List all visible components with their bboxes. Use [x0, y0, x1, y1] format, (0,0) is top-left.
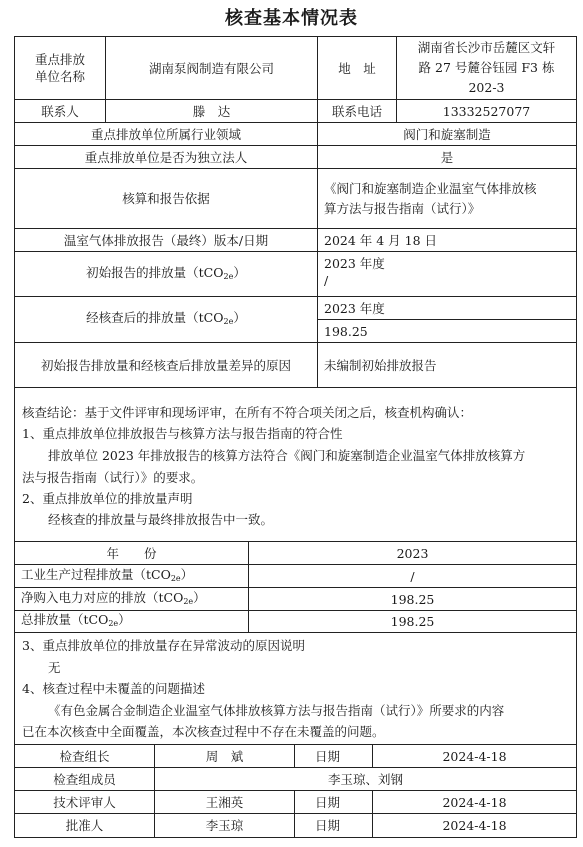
difference-reason-value: 未编制初始排放报告: [318, 343, 576, 387]
industry-label: 重点排放单位所属行业领域: [15, 123, 317, 145]
legal-entity-label: 重点排放单位是否为独立法人: [15, 146, 317, 168]
approver-date: 2024-4-18: [373, 814, 576, 837]
approver-label: 批准人: [15, 814, 154, 837]
industrial-process-emission-label: 工业生产过程排放量（tCO2e）: [15, 565, 248, 587]
emissions-year-value: 2023: [249, 542, 576, 564]
team-leader-date-label: 日期: [295, 745, 372, 767]
verified-emission-label: 经核查后的排放量（tCO2e）: [15, 297, 317, 342]
team-leader-name: 周 斌: [155, 745, 294, 767]
notes-item4-title: 4、核查过程中未覆盖的问题描述: [22, 679, 205, 698]
team-members-names: 李玉琼、刘钢: [155, 768, 576, 790]
total-emission-value: 198.25: [249, 611, 576, 632]
approver-name: 李玉琼: [155, 814, 294, 837]
emissions-year-label: 年 份: [15, 542, 248, 564]
notes-item3-title: 3、重点排放单位的排放量存在异常波动的原因说明: [22, 636, 305, 655]
conclusion-item2-body: 经核查的排放量与最终排放报告中一致。: [48, 510, 273, 529]
industry-value: 阀门和旋塞制造: [318, 123, 576, 145]
initial-emission-value: 2023 年度 /: [318, 252, 576, 296]
report-version-value: 2024 年 4 月 18 日: [318, 229, 576, 251]
address-value: 湖南省长沙市岳麓区文轩 路 27 号麓谷钰园 F3 栋 202-3: [397, 37, 576, 99]
technical-reviewer-date-label: 日期: [295, 791, 372, 813]
report-version-label: 温室气体排放报告（最终）版本/日期: [15, 229, 317, 251]
team-leader-label: 检查组长: [15, 745, 154, 767]
phone-value: 13332527077: [397, 100, 576, 122]
contact-label: 联系人: [15, 100, 105, 122]
total-emission-label: 总排放量（tCO2e）: [15, 611, 248, 632]
notes-item4-body-cont: 已在本次核查中全面覆盖，本次核查过程中不存在未覆盖的问题。: [22, 722, 385, 741]
team-leader-date: 2024-4-18: [373, 745, 576, 767]
unit-name-value: 湖南泵阀制造有限公司: [106, 37, 317, 99]
technical-reviewer-date: 2024-4-18: [373, 791, 576, 813]
conclusion-item2-title: 2、重点排放单位的排放量声明: [22, 489, 192, 508]
conclusion-intro: 核查结论：基于文件评审和现场评审，在所有不符合项关闭之后，核查机构确认：: [22, 403, 472, 422]
address-label: 地 址: [318, 37, 396, 99]
verified-emission-year: 2023 年度: [318, 297, 576, 319]
contact-value: 滕 达: [106, 100, 317, 122]
basis-label: 核算和报告依据: [15, 169, 317, 228]
approver-date-label: 日期: [295, 814, 372, 837]
notes-item3-body: 无: [48, 658, 61, 677]
notes-item4-body: 《有色金属合金制造企业温室气体排放核算方法与报告指南（试行）》所要求的内容: [48, 701, 504, 720]
electricity-emission-value: 198.25: [249, 588, 576, 610]
unit-name-label: 重点排放 单位名称: [15, 37, 105, 99]
technical-reviewer-name: 王湘英: [155, 791, 294, 813]
initial-emission-label: 初始报告的排放量（tCO2e）: [15, 252, 317, 296]
electricity-emission-label: 净购入电力对应的排放（tCO2e）: [15, 588, 248, 610]
conclusion-item1-body-cont: 法与报告指南（试行）》的要求。: [22, 468, 203, 487]
conclusion-item1-body: 排放单位 2023 年排放报告的核算方法符合《阀门和旋塞制造企业温室气体排放核算…: [48, 446, 525, 465]
conclusion-item1-title: 1、重点排放单位排放报告与核算方法与报告指南的符合性: [22, 424, 342, 443]
industrial-process-emission-value: /: [249, 565, 576, 587]
team-members-label: 检查组成员: [15, 768, 154, 790]
page-title: 核查基本情况表: [0, 4, 583, 30]
legal-entity-value: 是: [318, 146, 576, 168]
technical-reviewer-label: 技术评审人: [15, 791, 154, 813]
basis-value: 《阀门和旋塞制造企业温室气体排放核 算方法与报告指南（试行）》: [318, 169, 576, 228]
phone-label: 联系电话: [318, 100, 396, 122]
verified-emission-value: 198.25: [318, 320, 576, 342]
difference-reason-label: 初始报告排放量和经核查后排放量差异的原因: [15, 343, 317, 387]
